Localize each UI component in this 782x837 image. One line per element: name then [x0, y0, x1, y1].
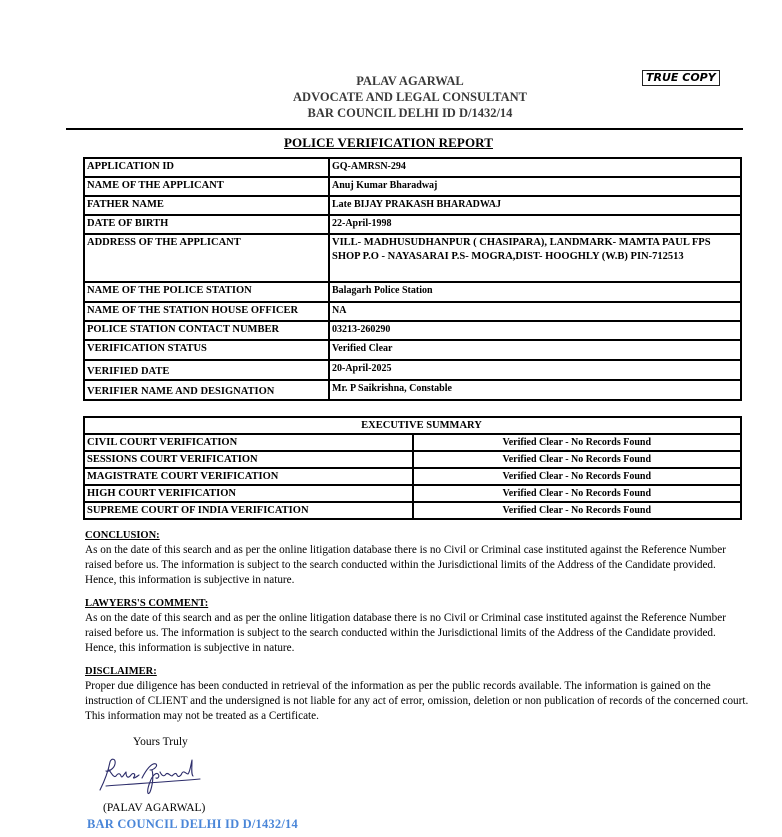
lawyers-comment-heading: LAWYERS'S COMMENT:	[85, 596, 745, 611]
header-divider	[66, 128, 743, 130]
closing-text: Yours Truly	[133, 736, 188, 748]
field-value: Mr. P Saikrishna, Constable	[329, 380, 741, 400]
field-label: NAME OF THE STATION HOUSE OFFICER	[84, 302, 329, 321]
table-row: FATHER NAME Late BIJAY PRAKASH BHARADWAJ	[84, 196, 741, 215]
field-value: 20-April-2025	[329, 360, 741, 380]
field-value: GQ-AMRSN-294	[329, 158, 741, 177]
court-label: SESSIONS COURT VERIFICATION	[84, 451, 413, 468]
table-row: SUPREME COURT OF INDIA VERIFICATION Veri…	[84, 502, 741, 519]
executive-summary-table: EXECUTIVE SUMMARY CIVIL COURT VERIFICATI…	[83, 416, 742, 520]
table-row: NAME OF THE APPLICANT Anuj Kumar Bharadw…	[84, 177, 741, 196]
field-value: Late BIJAY PRAKASH BHARADWAJ	[329, 196, 741, 215]
disclaimer-text: Proper due diligence has been conducted …	[85, 679, 753, 724]
field-value: NA	[329, 302, 741, 321]
signature-image	[96, 752, 206, 797]
report-title: POLICE VERIFICATION REPORT	[284, 135, 493, 151]
summary-title: EXECUTIVE SUMMARY	[84, 417, 741, 434]
table-row: DATE OF BIRTH 22-April-1998	[84, 215, 741, 234]
signatory-bar-id: BAR COUNCIL DELHI ID D/1432/14	[87, 817, 298, 832]
court-result: Verified Clear - No Records Found	[413, 434, 742, 451]
table-row: CIVIL COURT VERIFICATION Verified Clear …	[84, 434, 741, 451]
field-label: POLICE STATION CONTACT NUMBER	[84, 321, 329, 340]
address-line: SHOP P.O - NAYASARAI P.S- MOGRA,DIST- HO…	[332, 250, 738, 264]
table-row: NAME OF THE POLICE STATION Balagarh Poli…	[84, 282, 741, 302]
field-label: NAME OF THE POLICE STATION	[84, 282, 329, 302]
table-row: POLICE STATION CONTACT NUMBER 03213-2602…	[84, 321, 741, 340]
court-label: MAGISTRATE COURT VERIFICATION	[84, 468, 413, 485]
court-label: SUPREME COURT OF INDIA VERIFICATION	[84, 502, 413, 519]
field-label: NAME OF THE APPLICANT	[84, 177, 329, 196]
court-result: Verified Clear - No Records Found	[413, 485, 742, 502]
field-value: Anuj Kumar Bharadwaj	[329, 177, 741, 196]
signatory-name: (PALAV AGARWAL)	[103, 802, 205, 814]
field-label: ADDRESS OF THE APPLICANT	[84, 234, 329, 282]
summary-header-row: EXECUTIVE SUMMARY	[84, 417, 741, 434]
letterhead: PALAV AGARWAL ADVOCATE AND LEGAL CONSULT…	[230, 73, 590, 121]
conclusion-text: As on the date of this search and as per…	[85, 543, 745, 588]
conclusion-section: CONCLUSION: As on the date of this searc…	[85, 528, 745, 588]
court-label: CIVIL COURT VERIFICATION	[84, 434, 413, 451]
field-value-address: VILL- MADHUSUDHANPUR ( CHASIPARA), LANDM…	[329, 234, 741, 282]
address-line: VILL- MADHUSUDHANPUR ( CHASIPARA), LANDM…	[332, 236, 738, 250]
table-row: VERIFIED DATE 20-April-2025	[84, 360, 741, 380]
field-label: APPLICATION ID	[84, 158, 329, 177]
lawyers-comment-section: LAWYERS'S COMMENT: As on the date of thi…	[85, 596, 745, 656]
disclaimer-heading: DISCLAIMER:	[85, 664, 753, 679]
court-result: Verified Clear - No Records Found	[413, 502, 742, 519]
field-label: VERIFIER NAME AND DESIGNATION	[84, 380, 329, 400]
disclaimer-section: DISCLAIMER: Proper due diligence has bee…	[85, 664, 753, 724]
field-label: VERIFIED DATE	[84, 360, 329, 380]
field-label: FATHER NAME	[84, 196, 329, 215]
table-row: VERIFICATION STATUS Verified Clear	[84, 340, 741, 360]
field-label: VERIFICATION STATUS	[84, 340, 329, 360]
field-value: 03213-260290	[329, 321, 741, 340]
letterhead-name: PALAV AGARWAL	[230, 73, 590, 89]
conclusion-heading: CONCLUSION:	[85, 528, 745, 543]
letterhead-bar-id: BAR COUNCIL DELHI ID D/1432/14	[230, 105, 590, 121]
table-row: NAME OF THE STATION HOUSE OFFICER NA	[84, 302, 741, 321]
table-row: ADDRESS OF THE APPLICANT VILL- MADHUSUDH…	[84, 234, 741, 282]
court-label: HIGH COURT VERIFICATION	[84, 485, 413, 502]
table-row: MAGISTRATE COURT VERIFICATION Verified C…	[84, 468, 741, 485]
field-value: Balagarh Police Station	[329, 282, 741, 302]
table-row: APPLICATION ID GQ-AMRSN-294	[84, 158, 741, 177]
verification-details-table: APPLICATION ID GQ-AMRSN-294 NAME OF THE …	[83, 157, 742, 401]
letterhead-title: ADVOCATE AND LEGAL CONSULTANT	[230, 89, 590, 105]
table-row: HIGH COURT VERIFICATION Verified Clear -…	[84, 485, 741, 502]
court-result: Verified Clear - No Records Found	[413, 468, 742, 485]
field-value: Verified Clear	[329, 340, 741, 360]
lawyers-comment-text: As on the date of this search and as per…	[85, 611, 745, 656]
field-label: DATE OF BIRTH	[84, 215, 329, 234]
table-row: VERIFIER NAME AND DESIGNATION Mr. P Saik…	[84, 380, 741, 400]
table-row: SESSIONS COURT VERIFICATION Verified Cle…	[84, 451, 741, 468]
true-copy-stamp: TRUE COPY	[642, 70, 720, 86]
court-result: Verified Clear - No Records Found	[413, 451, 742, 468]
field-value: 22-April-1998	[329, 215, 741, 234]
